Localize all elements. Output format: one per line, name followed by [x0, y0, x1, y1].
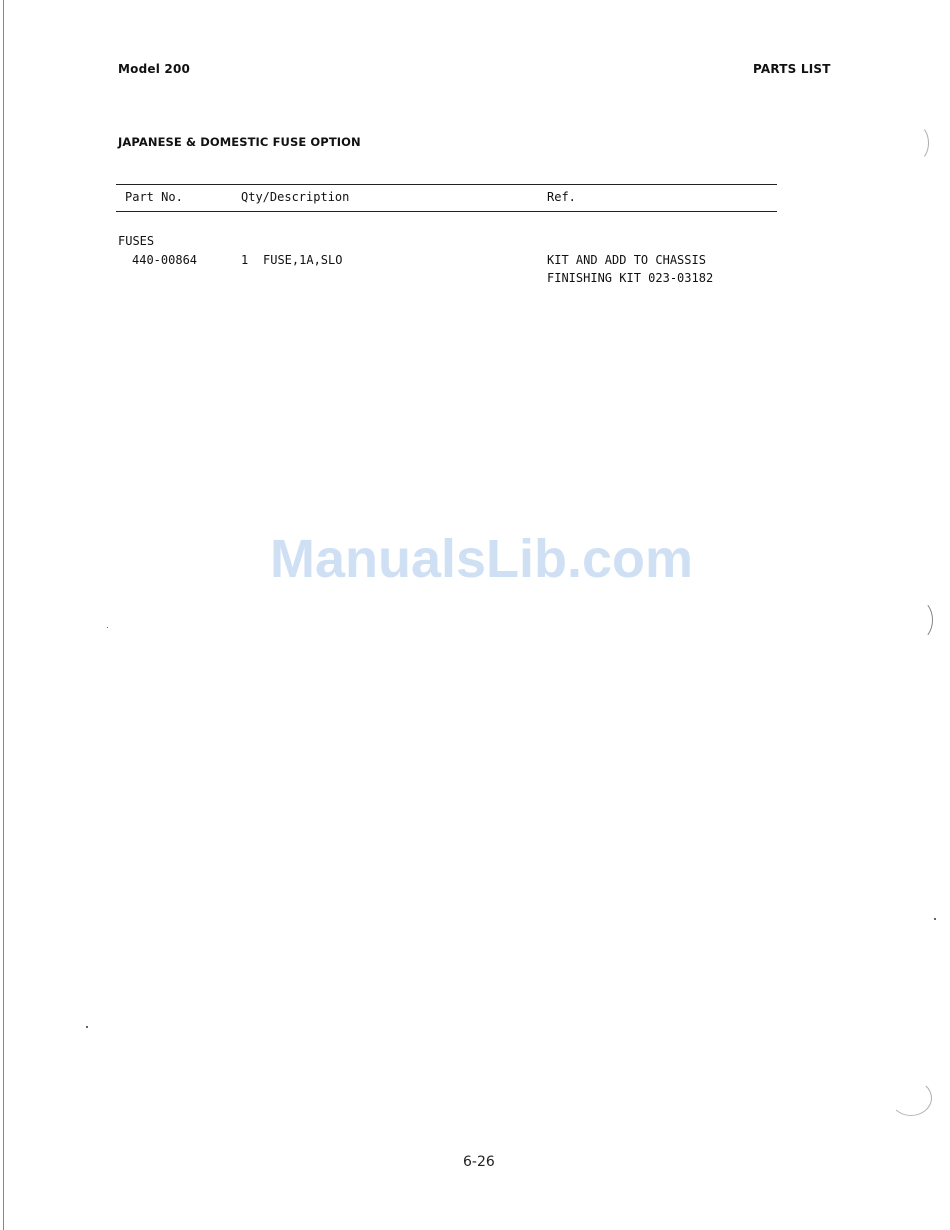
section-title: JAPANESE & DOMESTIC FUSE OPTION [118, 135, 361, 149]
description: FUSE,1A,SLO [263, 253, 342, 267]
watermark: ManualsLib.com [0, 528, 950, 590]
scan-artifact [905, 600, 933, 640]
scan-artifact [905, 125, 929, 161]
scan-speck [86, 1026, 88, 1028]
quantity: 1 [241, 253, 248, 267]
table-top-rule [116, 184, 777, 185]
column-header-qty-description: Qty/Description [241, 190, 349, 204]
column-header-part-no: Part No. [125, 190, 183, 204]
group-label: FUSES [118, 234, 154, 248]
model-header: Model 200 [118, 62, 190, 76]
scan-artifact [890, 1080, 932, 1116]
table-header-rule [116, 211, 777, 212]
column-header-ref: Ref. [547, 190, 576, 204]
section-header: PARTS LIST [753, 62, 831, 76]
scan-edge-line [3, 0, 4, 1230]
scan-speck [934, 918, 936, 920]
page-number: 6-26 [463, 1154, 495, 1170]
ref-line-2: FINISHING KIT 023-03182 [547, 271, 713, 285]
scan-speck [107, 627, 108, 628]
part-number: 440-00864 [132, 253, 197, 267]
ref-line-1: KIT AND ADD TO CHASSIS [547, 253, 706, 267]
